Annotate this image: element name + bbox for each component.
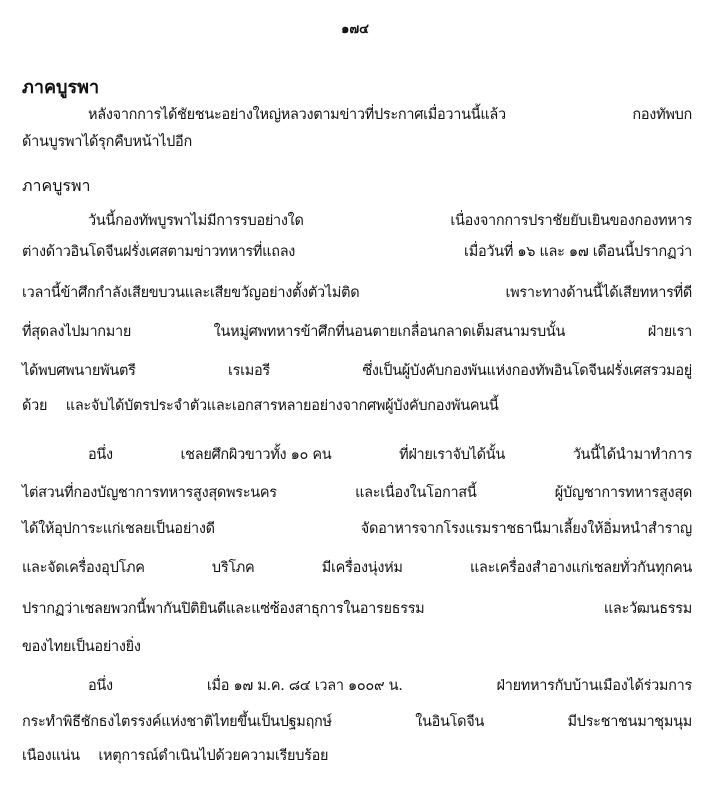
text-segment: และวัฒนธรรม (604, 597, 692, 620)
text-segment: เนื่องจากการปราชัยยับเยินของกองทหาร (450, 209, 692, 232)
text-segment: จัดอาหารจากโรงแรมราชธานีมาเลี้ยงให้อิ่มห… (361, 517, 692, 540)
text-line: เวลานี้ข้าศึกกำลังเสียขบวนและเสียขวัญอย่… (22, 281, 692, 304)
text-segment: ที่ฝ่ายเราจับได้นั้น (399, 443, 505, 466)
text-segment: ของไทยเป็นอย่างยิ่ง (22, 639, 141, 655)
text-segment: เมื่อ ๑๗ ม.ค. ๘๔ เวลา ๑๐๐๙ น. (207, 674, 403, 697)
text-line: ปรากฏว่าเชลยพวกนี้พากันปิติยินดีและแซ่ซ้… (22, 597, 692, 620)
page-number: ๑๗๔ (0, 18, 710, 39)
text-line: ที่สุดลงไปมากมาย ในหมู่ศพทหารข้าศึกที่นอ… (22, 320, 692, 343)
text-segment: มีประชาชนมาชุมนุม (568, 710, 692, 733)
text-line: ไต่สวนที่กองบัญชาการทหารสูงสุดพระนคร และ… (22, 481, 692, 504)
text-line: วันนี้กองทัพบูรพาไม่มีการรบอย่างใด เนื่อ… (88, 209, 692, 232)
text-segment: เหตุการณ์ดำเนินไปด้วยความเรียบร้อย (98, 748, 328, 764)
text-segment: ฝ่ายทหารกับบ้านเมืองได้ร่วมการ (497, 674, 692, 697)
text-line: ด้วย และจับได้บัตรประจำตัวและเอกสารหลายอ… (22, 394, 692, 417)
text-segment: อนึ่ง (88, 443, 113, 466)
section-heading-1: ภาคบูรพา (22, 72, 99, 101)
text-segment: ปรากฏว่าเชลยพวกนี้พากันปิติยินดีและแซ่ซ้… (22, 597, 424, 620)
text-line: อนึ่ง เชลยศึกผิวขาวทั้ง ๑๐ คน ที่ฝ่ายเรา… (88, 443, 692, 466)
text-segment: เนืองแน่น (22, 748, 80, 764)
text-segment: มีเครื่องนุ่งห่ม (322, 556, 403, 579)
text-segment: ด้านบูรพาได้รุกคืบหน้าไปอีก (22, 134, 192, 150)
text-segment: อนึ่ง (88, 674, 113, 697)
text-line: ได้พบศพนายพันตรี เรเมอรี ซึ่งเป็นผู้บังค… (22, 359, 692, 382)
text-segment: ต่างด้าวอินโดจีนฝรั่งเศสตามข่าวทหารที่แถ… (22, 240, 295, 263)
text-segment: บริโภค (212, 556, 255, 579)
text-line: อนึ่ง เมื่อ ๑๗ ม.ค. ๘๔ เวลา ๑๐๐๙ น. ฝ่าย… (88, 674, 692, 697)
scanned-document-page: ๑๗๔ ภาคบูรพา หลังจากการได้ชัยชนะอย่างใหญ… (0, 0, 710, 800)
text-segment: และเครื่องสำอางแก่เชลยทั่วกันทุกคน (470, 556, 692, 579)
text-segment: กองทัพบก (632, 103, 692, 126)
text-segment: ผู้บัญชาการทหารสูงสุด (555, 481, 692, 504)
text-segment: หลังจากการได้ชัยชนะอย่างใหญ่หลวงตามข่าวท… (88, 103, 506, 126)
text-segment: เมื่อวันที่ ๑๖ และ ๑๗ เดือนนี้ปรากฏว่า (464, 240, 692, 263)
text-segment: ได้พบศพนายพันตรี (22, 359, 136, 382)
text-segment: วันนี้ได้นำมาทำการ (573, 443, 692, 466)
text-segment: ในหมู่ศพทหารข้าศึกที่นอนตายเกลื่อนกลาดเต… (214, 320, 565, 343)
text-segment: วันนี้กองทัพบูรพาไม่มีการรบอย่างใด (88, 209, 304, 232)
text-segment: เรเมอรี (228, 359, 270, 382)
text-segment: เชลยศึกผิวขาวทั้ง ๑๐ คน (181, 443, 332, 466)
text-line: เนืองแน่น เหตุการณ์ดำเนินไปด้วยความเรียบ… (22, 744, 692, 767)
text-line: หลังจากการได้ชัยชนะอย่างใหญ่หลวงตามข่าวท… (88, 103, 692, 126)
text-segment: เพราะทางด้านนี้ได้เสียทหารที่ดี (505, 281, 692, 304)
text-line: ของไทยเป็นอย่างยิ่ง (22, 635, 692, 658)
text-segment: และเนื่องในโอกาสนี้ (355, 481, 476, 504)
text-line: ต่างด้าวอินโดจีนฝรั่งเศสตามข่าวทหารที่แถ… (22, 240, 692, 263)
text-segment: ที่สุดลงไปมากมาย (22, 320, 131, 343)
text-segment: และจัดเครื่องอุปโภค (22, 556, 145, 579)
text-segment: ด้วย (22, 398, 47, 414)
text-segment: ฝ่ายเรา (648, 320, 692, 343)
text-segment: ซึ่งเป็นผู้บังคับกองพันแห่งกองทัพอินโดจี… (362, 359, 692, 382)
text-segment: เวลานี้ข้าศึกกำลังเสียขบวนและเสียขวัญอย่… (22, 281, 359, 304)
text-segment: ไต่สวนที่กองบัญชาการทหารสูงสุดพระนคร (22, 481, 277, 504)
text-segment: ได้ให้อุปการะแก่เชลยเป็นอย่างดี (22, 517, 215, 540)
text-line: กระทำพิธีชักธงไตรรงค์แห่งชาติไทยขึ้นเป็น… (22, 710, 692, 733)
text-segment: กระทำพิธีชักธงไตรรงค์แห่งชาติไทยขึ้นเป็น… (22, 710, 332, 733)
text-line: ได้ให้อุปการะแก่เชลยเป็นอย่างดี จัดอาหาร… (22, 517, 692, 540)
text-segment: ในอินโดจีน (415, 710, 484, 733)
section-heading-2: ภาคบูรพา (22, 174, 91, 199)
text-segment: และจับได้บัตรประจำตัวและเอกสารหลายอย่างจ… (66, 398, 499, 414)
text-line: ด้านบูรพาได้รุกคืบหน้าไปอีก (22, 130, 692, 153)
text-line: และจัดเครื่องอุปโภค บริโภค มีเครื่องนุ่ง… (22, 556, 692, 579)
